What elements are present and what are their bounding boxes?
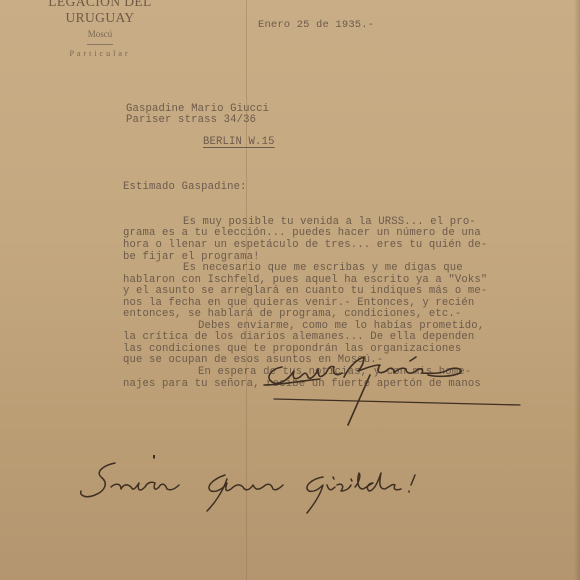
- recipient-street: Pariser strass 34/36: [126, 115, 256, 127]
- body-line: hora o llenar un espetáculo de tres... e…: [123, 240, 487, 252]
- signature-text: Carlos Casanés: [260, 355, 394, 360]
- letterhead: LEGACION DEL URUGUAY Moscú Particular: [20, 0, 180, 58]
- paper-edge-shadow: [574, 0, 580, 580]
- salutation: Estimado Gaspadine:: [123, 182, 487, 194]
- letterhead-title: LEGACION DEL URUGUAY: [20, 0, 180, 26]
- letterhead-label: Particular: [20, 49, 180, 58]
- body-line: Es necesario que me escribas y me digas …: [123, 263, 487, 275]
- postscript: Saludos para Giselda!: [75, 455, 435, 515]
- signature: Carlos Casanés: [260, 355, 540, 435]
- letterhead-city: Moscú: [20, 29, 180, 39]
- recipient-city: BERLIN W.15: [203, 137, 275, 149]
- letterhead-divider: [87, 44, 113, 45]
- letter-date: Enero 25 de 1935.-: [258, 20, 374, 32]
- postscript-text: Saludos para Giselda!: [75, 455, 277, 460]
